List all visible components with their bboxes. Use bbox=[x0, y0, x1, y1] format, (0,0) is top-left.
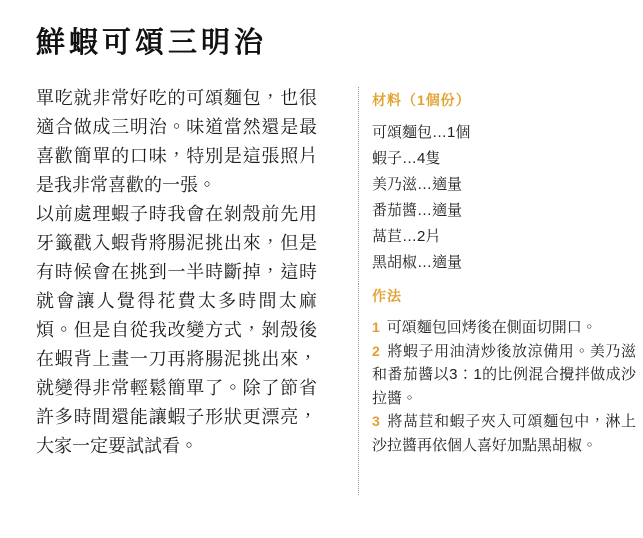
ingredient-text: 萵苣…2片 bbox=[372, 228, 440, 245]
ingredient-item: 蝦子…4隻 bbox=[372, 146, 636, 172]
step-text: 將萵苣和蝦子夾入可頌麵包中，淋上沙拉醬再依個人喜好加點黑胡椒。 bbox=[372, 413, 636, 454]
step-text: 可頌麵包回烤後在側面切開口。 bbox=[387, 319, 597, 336]
ingredient-text: 蝦子…4隻 bbox=[372, 150, 440, 167]
steps-list: 1可頌麵包回烤後在側面切開口。 2將蝦子用油清炒後放涼備用。美乃滋和番茄醬以3：… bbox=[372, 316, 636, 457]
step-number: 1 bbox=[372, 319, 380, 335]
step-item: 3將萵苣和蝦子夾入可頌麵包中，淋上沙拉醬再依個人喜好加點黑胡椒。 bbox=[372, 410, 636, 457]
step-item: 2將蝦子用油清炒後放涼備用。美乃滋和番茄醬以3：1的比例混合攪拌做成沙拉醬。 bbox=[372, 340, 636, 411]
step-number: 3 bbox=[372, 413, 380, 429]
method-heading: 作法 bbox=[372, 286, 636, 306]
recipe-page: { "recipe": { "title": "鮮蝦可頌三明治", "intro… bbox=[0, 0, 643, 538]
step-number: 2 bbox=[372, 343, 380, 359]
step-item: 1可頌麵包回烤後在側面切開口。 bbox=[372, 316, 636, 340]
method-section: 作法 1可頌麵包回烤後在側面切開口。 2將蝦子用油清炒後放涼備用。美乃滋和番茄醬… bbox=[358, 283, 636, 495]
intro-text: 單吃就非常好吃的可頌麵包，也很適合做成三明治。味道當然還是最喜歡簡單的口味，特別… bbox=[36, 84, 317, 461]
ingredient-item: 可頌麵包…1個 bbox=[372, 120, 636, 146]
ingredient-item: 美乃滋…適量 bbox=[372, 172, 636, 198]
ingredient-item: 番茄醬…適量 bbox=[372, 198, 636, 224]
ingredient-text: 美乃滋…適量 bbox=[372, 176, 462, 193]
ingredient-item: 黑胡椒…適量 bbox=[372, 250, 636, 276]
ingredients-list: 可頌麵包…1個 蝦子…4隻 美乃滋…適量 番茄醬…適量 萵苣…2片 黑胡椒…適量 bbox=[372, 120, 636, 276]
ingredient-text: 番茄醬…適量 bbox=[372, 202, 462, 219]
intro-paragraph-1: 單吃就非常好吃的可頌麵包，也很適合做成三明治。味道當然還是最喜歡簡單的口味，特別… bbox=[36, 84, 317, 200]
ingredients-section: 材料（1個份） 可頌麵包…1個 蝦子…4隻 美乃滋…適量 番茄醬…適量 萵苣…2… bbox=[358, 87, 636, 282]
ingredient-text: 黑胡椒…適量 bbox=[372, 254, 462, 271]
ingredient-text: 可頌麵包…1個 bbox=[372, 124, 470, 141]
ingredient-item: 萵苣…2片 bbox=[372, 224, 636, 250]
ingredients-heading: 材料（1個份） bbox=[372, 90, 636, 110]
page-title: 鮮蝦可頌三明治 bbox=[36, 20, 267, 61]
step-text: 將蝦子用油清炒後放涼備用。美乃滋和番茄醬以3：1的比例混合攪拌做成沙拉醬。 bbox=[372, 343, 636, 407]
intro-paragraph-2: 以前處理蝦子時我會在剝殼前先用牙籤戳入蝦背將腸泥挑出來，但是有時候會在挑到一半時… bbox=[36, 200, 317, 461]
